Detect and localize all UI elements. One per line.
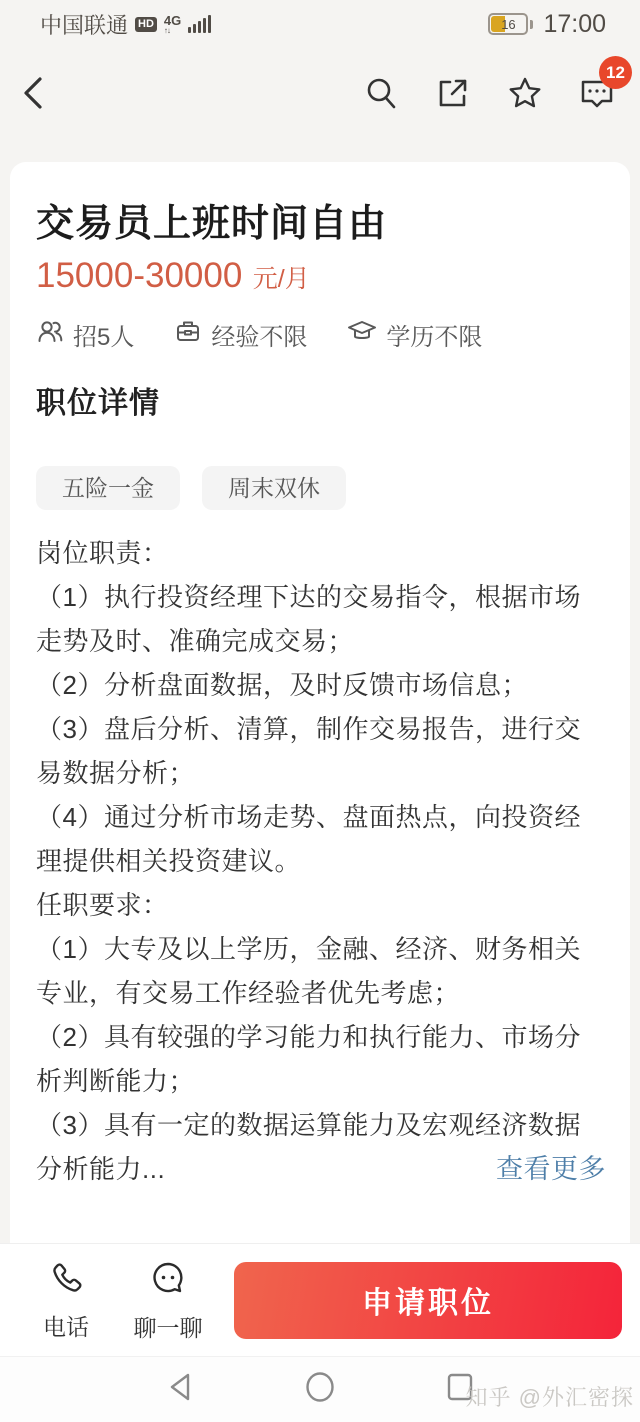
android-home-button[interactable]: [303, 1373, 337, 1407]
see-more-link[interactable]: 查看更多: [496, 1147, 606, 1191]
description-paragraph: （2）分析盘面数据，及时反馈市场信息；: [36, 663, 606, 707]
description-paragraph: 任职要求：: [36, 883, 606, 927]
hd-badge: HD: [135, 17, 157, 32]
salary-range: 15000-30000: [36, 256, 242, 295]
tag-weekends: 周末双休: [202, 466, 346, 510]
job-description: 岗位职责： （1）执行投资经理下达的交易指令，根据市场走势及时、准确完成交易； …: [36, 531, 606, 1191]
network-indicator: 4G ↑↓: [164, 14, 181, 35]
description-paragraph: （2）具有较强的学习能力和执行能力、市场分析判断能力；: [36, 1015, 606, 1103]
carrier-label: 中国联通: [40, 9, 128, 40]
search-icon: [363, 75, 399, 111]
description-paragraph: （4）通过分析市场走势、盘面热点，向投资经理提供相关投资建议。: [36, 795, 606, 883]
section-title-details: 职位详情: [36, 388, 606, 420]
headcount-item: 招5人: [36, 317, 134, 352]
people-icon: [36, 317, 64, 352]
phone-action[interactable]: 电话: [26, 1259, 106, 1342]
benefit-tags: 五险一金 周末双休: [36, 466, 606, 510]
graduation-cap-icon: [347, 317, 377, 352]
job-detail-card: 交易员上班时间自由 15000-30000 元/月 招5人 经验不限 学历不限 …: [10, 162, 630, 1422]
experience-item: 经验不限: [174, 317, 307, 352]
network-arrows-icon: ↑↓: [164, 27, 170, 35]
description-paragraph: （1）执行投资经理下达的交易指令，根据市场走势及时、准确完成交易；: [36, 575, 606, 663]
job-title: 交易员上班时间自由: [36, 202, 606, 246]
favorite-button[interactable]: [506, 74, 544, 112]
watermark: 知乎 @外汇密探: [466, 1381, 634, 1412]
circle-home-icon: [304, 1371, 336, 1408]
phone-label: 电话: [43, 1309, 89, 1342]
description-paragraph: （1）大专及以上学历，金融、经济、财务相关专业，有交易工作经验者优先考虑；: [36, 927, 606, 1015]
battery-icon: 16: [488, 13, 528, 35]
status-bar: 中国联通 HD 4G ↑↓ 16 17:00: [0, 0, 640, 44]
share-button[interactable]: [434, 74, 472, 112]
android-back-button[interactable]: [163, 1373, 197, 1407]
share-icon: [435, 75, 471, 111]
chat-icon: [147, 1258, 189, 1305]
phone-icon: [46, 1259, 86, 1304]
messages-button[interactable]: 12: [578, 74, 616, 112]
job-meta-row: 招5人 经验不限 学历不限: [36, 317, 606, 352]
message-badge: 12: [599, 56, 632, 89]
education-item: 学历不限: [347, 317, 482, 352]
top-nav-bar: 12: [0, 58, 640, 128]
battery-nub: [530, 20, 533, 29]
star-icon: [507, 75, 543, 111]
description-paragraph: 岗位职责：: [36, 531, 606, 575]
salary: 15000-30000 元/月: [36, 256, 606, 303]
tag-insurance: 五险一金: [36, 466, 180, 510]
triangle-back-icon: [166, 1372, 194, 1407]
bottom-action-bar: 电话 聊一聊 申请职位: [0, 1243, 640, 1356]
briefcase-icon: [174, 317, 202, 352]
chat-label: 聊一聊: [134, 1310, 203, 1343]
search-button[interactable]: [362, 74, 400, 112]
signal-bars-icon: [188, 15, 211, 33]
back-button[interactable]: [16, 74, 54, 112]
clock: 17:00: [543, 10, 606, 39]
chat-action[interactable]: 聊一聊: [128, 1258, 208, 1343]
description-paragraph: （3）盘后分析、清算，制作交易报告，进行交易数据分析；: [36, 707, 606, 795]
apply-button[interactable]: 申请职位: [234, 1262, 622, 1339]
back-icon: [17, 74, 53, 112]
salary-unit: 元/月: [253, 265, 310, 293]
